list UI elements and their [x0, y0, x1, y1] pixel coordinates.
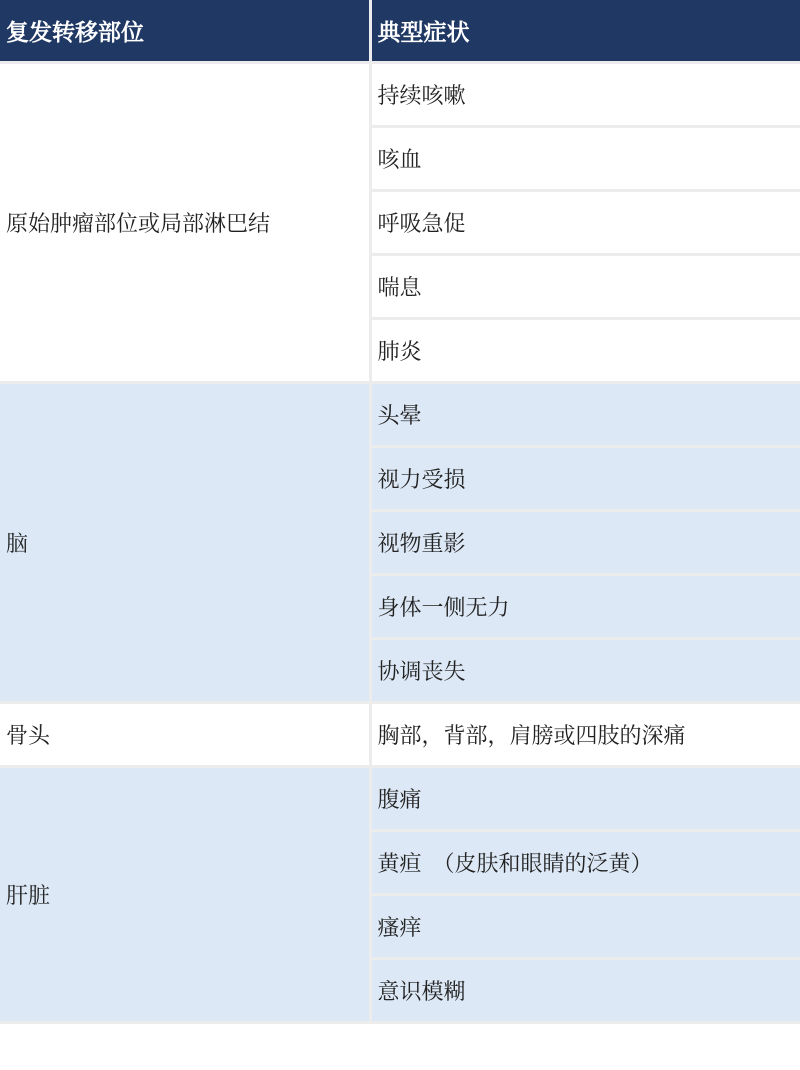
recurrence-symptom-table: 复发转移部位 典型症状 原始肿瘤部位或局部淋巴结 持续咳嗽 咳血 呼吸急促 喘息…	[0, 0, 800, 1024]
site-cell: 骨头	[0, 703, 370, 767]
site-cell: 脑	[0, 383, 370, 703]
symptom-cell: 瘙痒	[370, 895, 800, 959]
symptom-cell: 腹痛	[370, 767, 800, 831]
symptom-cell: 黄疸 （皮肤和眼睛的泛黄）	[370, 831, 800, 895]
table-row: 骨头 胸部，背部，肩膀或四肢的深痛	[0, 703, 800, 767]
symptom-cell: 身体一侧无力	[370, 575, 800, 639]
symptom-cell: 胸部，背部，肩膀或四肢的深痛	[370, 703, 800, 767]
symptom-cell: 咳血	[370, 127, 800, 191]
symptom-cell: 肺炎	[370, 319, 800, 383]
header-site: 复发转移部位	[0, 0, 370, 63]
header-symptoms: 典型症状	[370, 0, 800, 63]
symptom-cell: 协调丧失	[370, 639, 800, 703]
site-cell: 肝脏	[0, 767, 370, 1023]
symptom-cell: 喘息	[370, 255, 800, 319]
symptom-cell: 意识模糊	[370, 959, 800, 1023]
symptom-cell: 头晕	[370, 383, 800, 447]
symptom-cell: 呼吸急促	[370, 191, 800, 255]
table-row: 脑 头晕	[0, 383, 800, 447]
symptom-cell: 视力受损	[370, 447, 800, 511]
symptom-cell: 视物重影	[370, 511, 800, 575]
symptom-cell: 持续咳嗽	[370, 63, 800, 127]
header-row: 复发转移部位 典型症状	[0, 0, 800, 63]
table-row: 肝脏 腹痛	[0, 767, 800, 831]
site-cell: 原始肿瘤部位或局部淋巴结	[0, 63, 370, 383]
table-row: 原始肿瘤部位或局部淋巴结 持续咳嗽	[0, 63, 800, 127]
